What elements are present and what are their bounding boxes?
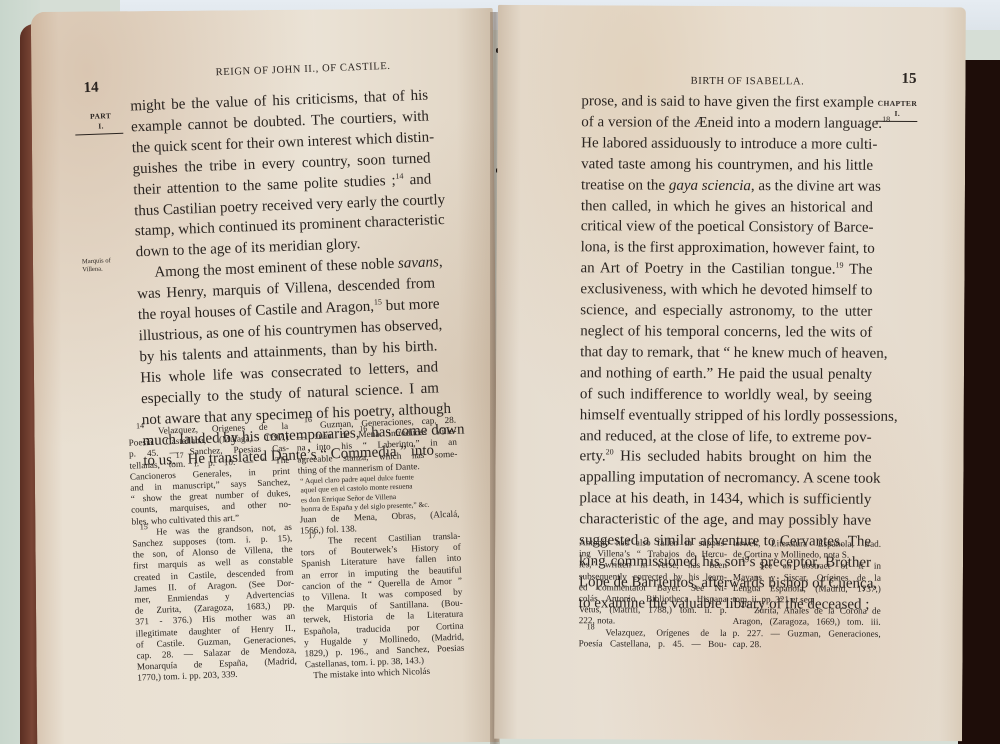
text-line: cap. 28. — [733, 639, 881, 651]
text-line: Vetus, (Matriti, 1788,) tom. ii. p. — [579, 604, 727, 616]
text-line: himself eventually stripped of his lordl… — [580, 405, 872, 427]
text-line: Aragon, (Zaragoza, 1669,) tom. iii. — [733, 616, 881, 628]
text-line: p. 227. — Guzman, Generaciones, — [733, 628, 881, 640]
text-line: 222, nota. — [579, 616, 727, 628]
page-number: 15 — [901, 71, 916, 88]
text-line: place at his death, in 1434, which is su… — [579, 488, 871, 510]
page-number: 14 — [83, 80, 99, 98]
right-page: BIRTH OF ISABELLA. 15 CHAPTERI. prose, a… — [494, 5, 966, 741]
margin-part-label: PARTI. — [79, 111, 124, 133]
text-line: Mayans y Siscar, Orígines de la — [733, 572, 881, 584]
text-line: appalling imputation of necromancy. A sc… — [579, 468, 871, 490]
text-line: 20 Zurita, Anales de la Corona de — [733, 605, 881, 617]
text-line: and reduced, at the close of life, to ex… — [580, 426, 872, 448]
text-line: lona, is the first approximation, howeve… — [581, 238, 873, 260]
text-line: subsequently corrected by his learn- — [579, 571, 727, 583]
text-line: erty.20 His secluded habits brought on h… — [580, 447, 872, 469]
text-line: 18 Velazquez, Orígenes de la — [579, 627, 727, 639]
margin-rule — [75, 133, 123, 136]
text-line: 19 See an abstract of it in — [733, 560, 881, 572]
footnotes-column-1: 14 Velazquez, Origenes de laPoesía Caste… — [128, 421, 297, 684]
text-line: vated taste among his countrymen, and hi… — [581, 154, 873, 176]
footnotes-column-2: terwek, Literatura Española, trad.de Cor… — [733, 538, 882, 651]
text-line: Lengua Española, (Madrid, 1737,) — [733, 583, 881, 595]
running-head: REIGN OF JOHN II., OF CASTILE. — [153, 59, 453, 81]
footnotes-column-1: Antonio had also fallen in suppos-ing Vi… — [579, 537, 728, 650]
text-line: of such indifference to worldly weal, by… — [580, 384, 872, 406]
text-line: les,” written in verse, has been — [579, 560, 727, 572]
text-line: He labored assiduously to introduce a mo… — [581, 133, 873, 155]
text-line: of a version of the Æneid into a modern … — [581, 112, 873, 134]
text-line: ing Villena’s “ Trabajos de Hercu- — [579, 548, 727, 560]
text-line: science, and especially astronomy, to th… — [580, 300, 872, 322]
text-line: and nothing of earth.” He paid the usual… — [580, 363, 872, 385]
text-line: Antonio had also fallen in suppos- — [579, 537, 727, 549]
text-line: colás Antonio, Bibliotheca Hispana — [579, 593, 727, 605]
text-line: neglect of his temporal concerns, led th… — [580, 321, 872, 343]
left-page: 14 REIGN OF JOHN II., OF CASTILE. PARTI.… — [31, 8, 499, 744]
text-line: terwek, Literatura Española, trad. — [733, 538, 881, 550]
text-line: treatise on the gaya sciencia, as the di… — [581, 175, 873, 197]
text-line: ed commentator Bayer. See Ni- — [579, 582, 727, 594]
text-line: an Art of Poetry in the Castilian tongue… — [580, 258, 872, 280]
text-line: Poesía Castellana, p. 45. — Bou- — [579, 638, 727, 650]
body-text: might be the value of his criticisms, th… — [130, 86, 442, 473]
text-line: exclusiveness, with which he devoted him… — [580, 279, 872, 301]
margin-side-note: Marquis ofVillena. — [82, 256, 133, 274]
footnotes-column-2: 16 Guzman, Generaciones, cap. 28.— Juan … — [296, 415, 465, 682]
text-line: then called, in which he gives an histor… — [581, 196, 873, 218]
text-line: that day to remark, that “ he knew much … — [580, 342, 872, 364]
text-line: critical view of the poetical Consistory… — [581, 217, 873, 239]
text-line: characteristic of the age, and may possi… — [579, 509, 871, 531]
running-head: BIRTH OF ISABELLA. — [647, 76, 847, 88]
text-line: prose, and is said to have given the fir… — [581, 91, 873, 113]
